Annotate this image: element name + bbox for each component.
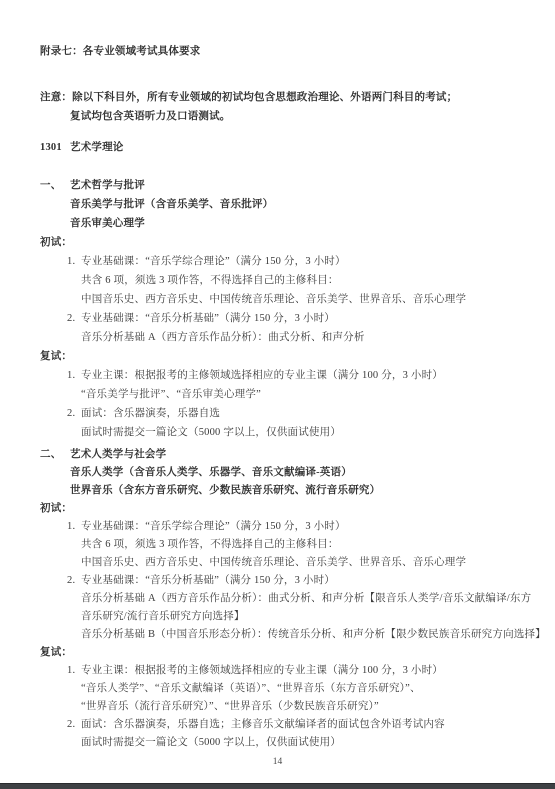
exam-item: 2. 专业基础课：“音乐分析基础”（满分 150 分，3 小时） [40,572,529,590]
program-name: 艺术学理论 [70,138,124,157]
section-title: 艺术哲学与批评 [70,176,145,195]
second-exam-label: 复试： [40,347,529,366]
exam-item-text: 专业基础课：“音乐学综合理论”（满分 150 分，3 小时） [81,252,346,271]
exam-item-subline: 音乐分析基础 B（中国音乐形态分析）：传统音乐分析、和声分析【限少数民族音乐研究… [40,626,529,644]
section-heading: 一、 艺术哲学与批评 [40,176,529,195]
exam-item-text: 专业基础课：“音乐分析基础”（满分 150 分，3 小时） [81,309,335,328]
notice-block: 注意：除以下科目外，所有专业领域的初试均包含思想政治理论、外语两门科目的考试； … [40,88,529,126]
exam-item-subline: 共含 6 项，须选 3 项作答，不得选择自己的主修科目： [40,271,529,290]
pdf-page: 附录七：各专业领域考试具体要求 注意：除以下科目外，所有专业领域的初试均包含思想… [0,0,555,768]
exam-item: 1. 专业基础课：“音乐学综合理论”（满分 150 分，3 小时） [40,518,529,536]
exam-item-subline: 音乐研究/流行音乐研究方向选择】 [40,608,529,626]
notice-line-2: 复试均包含英语听力及口语测试。 [40,107,529,126]
appendix-title: 附录七：各专业领域考试具体要求 [40,42,529,61]
window-bottom-edge [0,783,555,789]
program-code: 1301 [40,138,70,157]
exam-item-subline: 面试时需提交一篇论文（5000 字以上，仅供面试使用） [40,734,529,752]
exam-item-number: 1. [67,662,81,680]
exam-item-number: 2. [67,404,81,423]
exam-item-number: 2. [67,572,81,590]
exam-item-number: 1. [67,252,81,271]
exam-item-text: 专业主课：根据报考的主修领域选择相应的专业主课（满分 100 分，3 小时） [81,662,443,680]
first-exam-label: 初试： [40,233,529,252]
second-exam-label: 复试： [40,644,529,662]
exam-item-subline: 中国音乐史、西方音乐史、中国传统音乐理论、音乐美学、世界音乐、音乐心理学 [40,554,529,572]
page-number: 14 [0,756,555,768]
notice-line-1: 注意：除以下科目外，所有专业领域的初试均包含思想政治理论、外语两门科目的考试； [40,88,529,107]
exam-item-number: 2. [67,309,81,328]
exam-item-number: 2. [67,716,81,734]
section-index: 二、 [40,446,70,464]
section-title: 艺术人类学与社会学 [70,446,166,464]
exam-item: 1. 专业主课：根据报考的主修领域选择相应的专业主课（满分 100 分，3 小时… [40,366,529,385]
major-line: 音乐美学与批评（含音乐美学、音乐批评） [40,195,529,214]
exam-item-subline: “音乐美学与批评”、“音乐审美心理学” [40,385,529,404]
section-index: 一、 [40,176,70,195]
exam-item-subline: 音乐分析基础 A（西方音乐作品分析）：曲式分析、和声分析 [40,328,529,347]
exam-item-text: 专业基础课：“音乐分析基础”（满分 150 分，3 小时） [81,572,335,590]
exam-item-subline: 音乐分析基础 A（西方音乐作品分析）：曲式分析、和声分析【限音乐人类学/音乐文献… [40,590,529,608]
exam-item-number: 1. [67,518,81,536]
first-exam-label: 初试： [40,500,529,518]
major-line: 音乐审美心理学 [40,214,529,233]
section-1: 一、 艺术哲学与批评 音乐美学与批评（含音乐美学、音乐批评） 音乐审美心理学 初… [40,176,529,442]
exam-item-text: 面试：含乐器演奏，乐器自选；主修音乐文献编译者的面试包含外语考试内容 [81,716,445,734]
exam-item-number: 1. [67,366,81,385]
program-heading: 1301 艺术学理论 [40,138,529,157]
section-heading: 二、 艺术人类学与社会学 [40,446,529,464]
exam-item-text: 面试：含乐器演奏，乐器自选 [81,404,220,423]
exam-item-text: 专业基础课：“音乐学综合理论”（满分 150 分，3 小时） [81,518,346,536]
exam-item-text: 专业主课：根据报考的主修领域选择相应的专业主课（满分 100 分，3 小时） [81,366,443,385]
exam-item-subline: 面试时需提交一篇论文（5000 字以上，仅供面试使用） [40,423,529,442]
exam-item-subline: 中国音乐史、西方音乐史、中国传统音乐理论、音乐美学、世界音乐、音乐心理学 [40,290,529,309]
exam-item-subline: “世界音乐（流行音乐研究）”、“世界音乐（少数民族音乐研究）” [40,698,529,716]
major-line: 音乐人类学（含音乐人类学、乐器学、音乐文献编译-英语） [40,464,529,482]
exam-item-subline: 共含 6 项，须选 3 项作答，不得选择自己的主修科目： [40,536,529,554]
section-2: 二、 艺术人类学与社会学 音乐人类学（含音乐人类学、乐器学、音乐文献编译-英语）… [40,446,529,752]
exam-item-subline: “音乐人类学”、“音乐文献编译（英语）”、“世界音乐（东方音乐研究）”、 [40,680,529,698]
exam-item: 2. 面试：含乐器演奏，乐器自选 [40,404,529,423]
major-line: 世界音乐（含东方音乐研究、少数民族音乐研究、流行音乐研究） [40,482,529,500]
exam-item: 2. 面试：含乐器演奏，乐器自选；主修音乐文献编译者的面试包含外语考试内容 [40,716,529,734]
exam-item: 1. 专业基础课：“音乐学综合理论”（满分 150 分，3 小时） [40,252,529,271]
exam-item: 2. 专业基础课：“音乐分析基础”（满分 150 分，3 小时） [40,309,529,328]
exam-item: 1. 专业主课：根据报考的主修领域选择相应的专业主课（满分 100 分，3 小时… [40,662,529,680]
